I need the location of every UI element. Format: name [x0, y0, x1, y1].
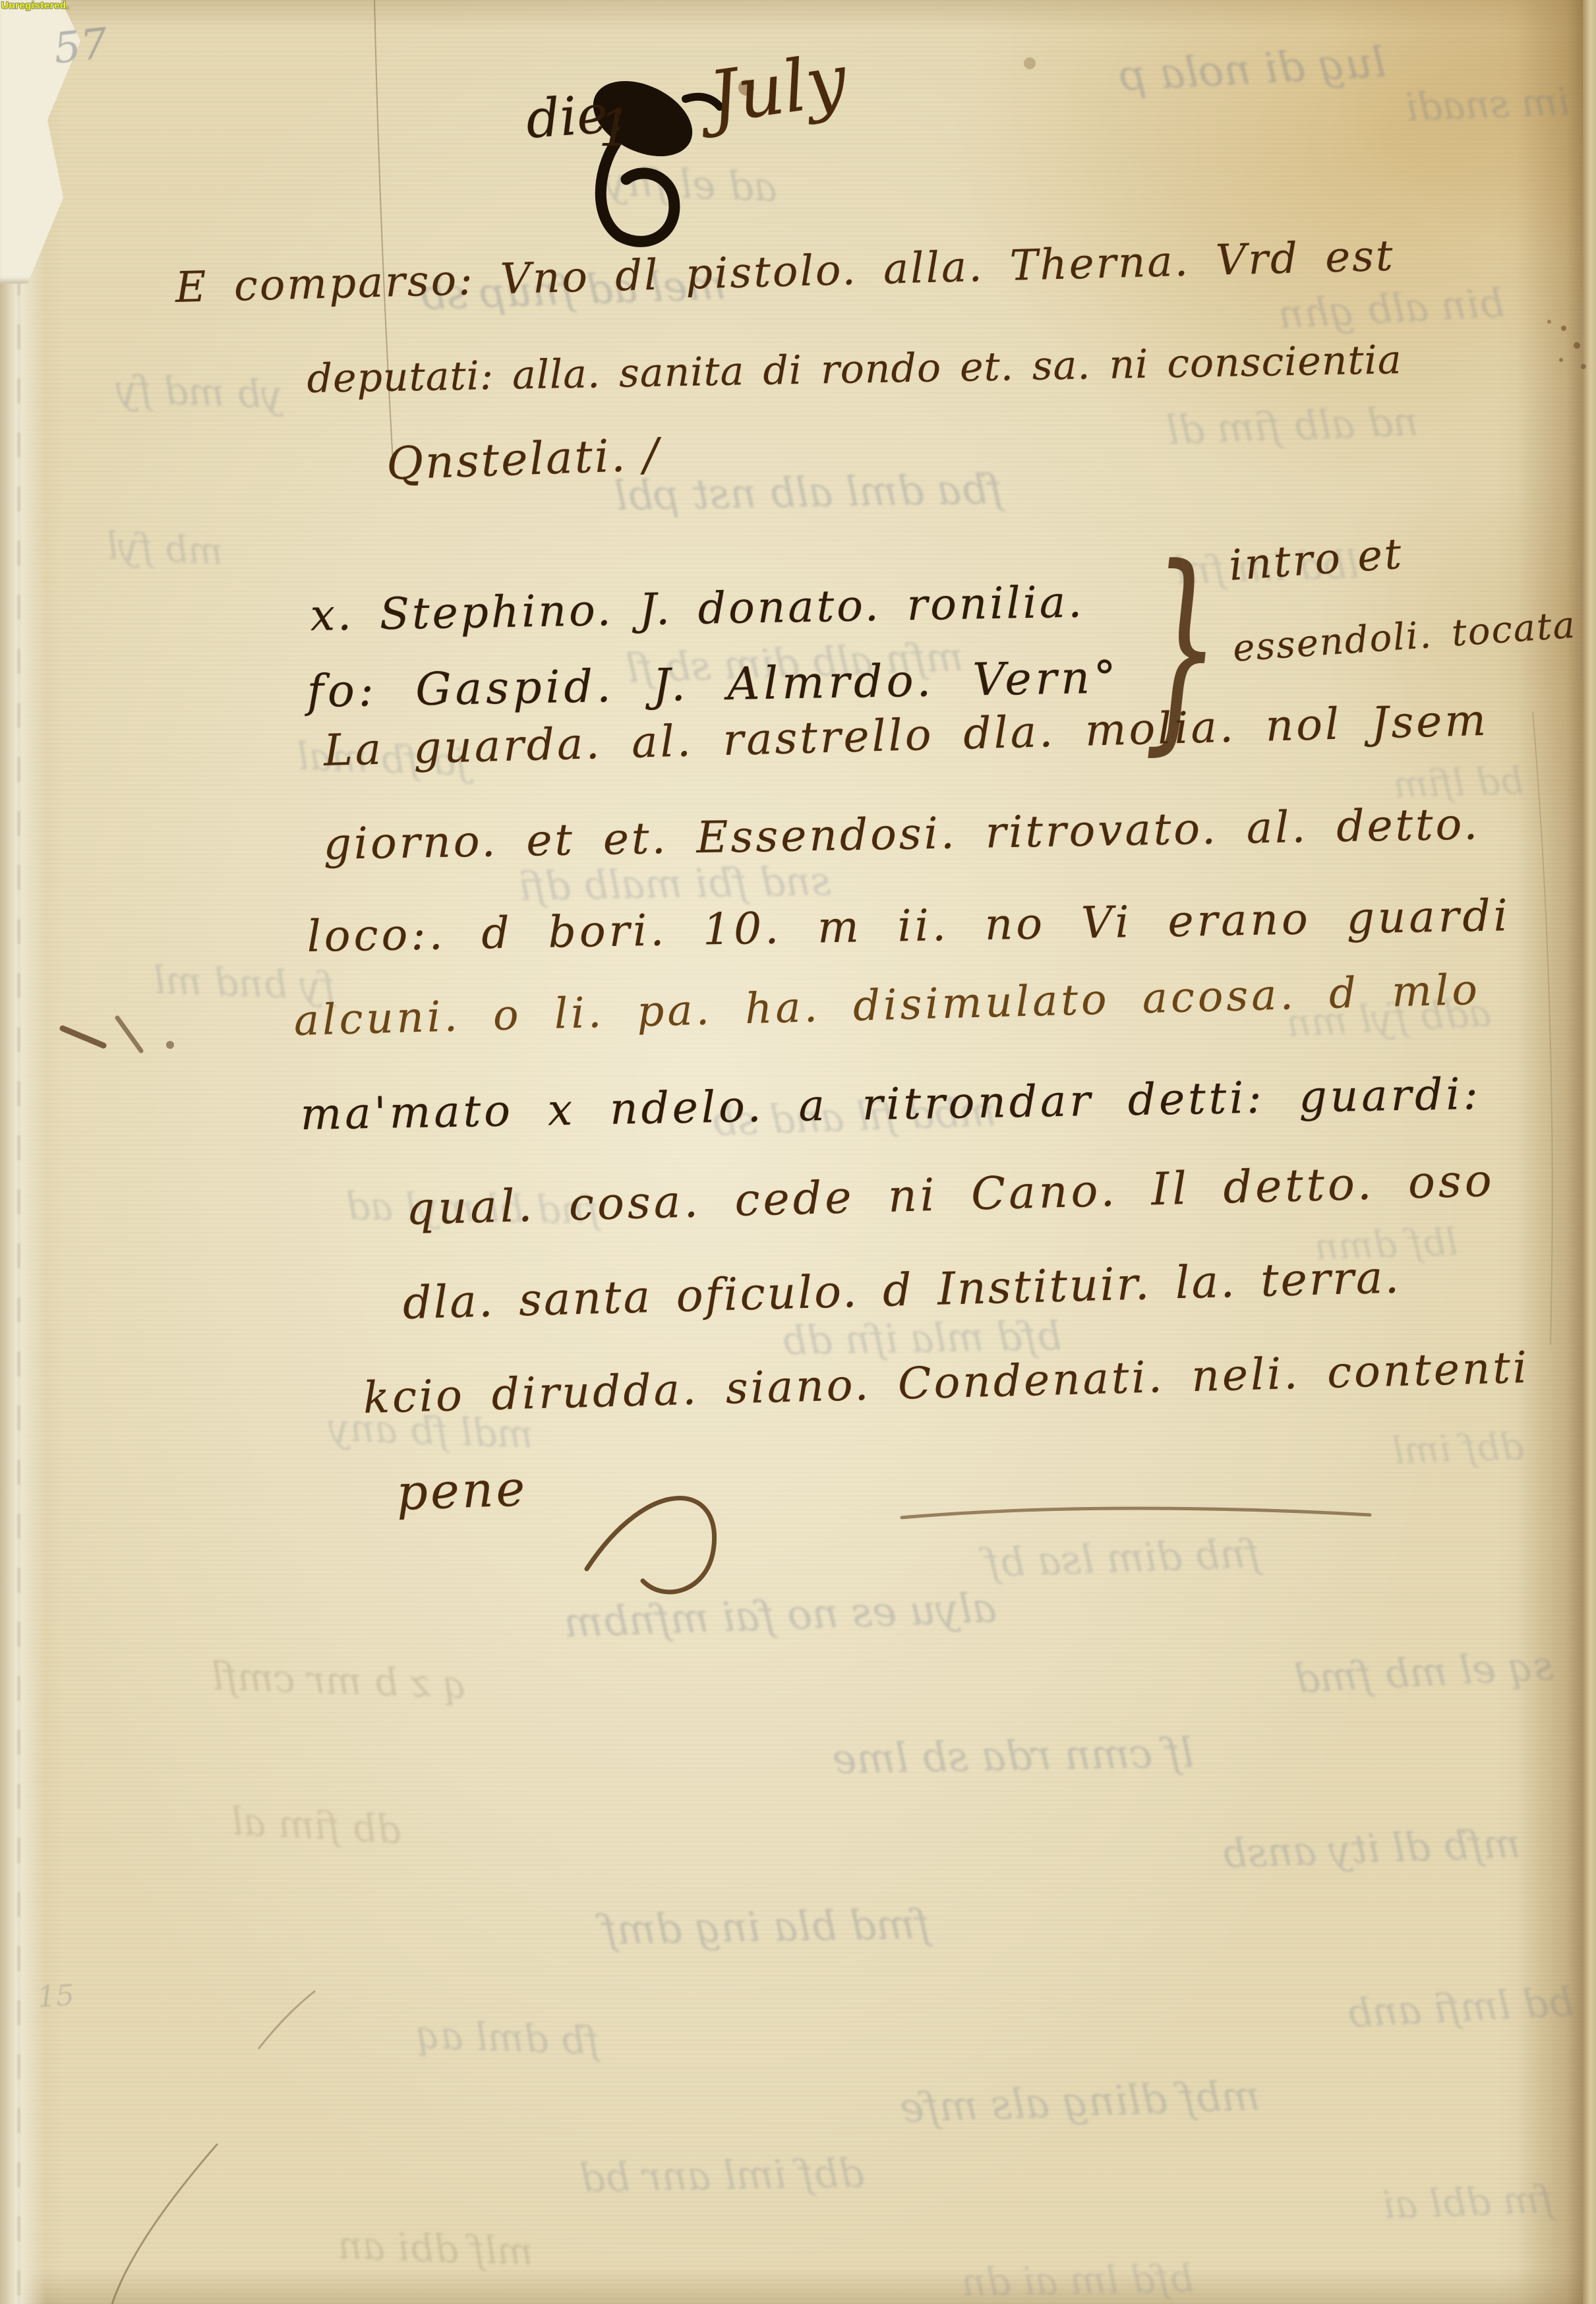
edge-speckles	[738, 57, 1586, 369]
manuscript-page: lug di nola pim snadiad el fhymel ad fnu…	[0, 0, 1596, 2304]
margin-number: 15	[36, 1978, 75, 2015]
folio-number: 57	[51, 19, 110, 73]
heading-day: 1	[599, 99, 632, 158]
scanner-watermark: Unregistered.	[1, 0, 69, 11]
intro-line: Qnstelati. /	[386, 428, 661, 490]
margin-ink-marks	[63, 1018, 174, 1051]
closing-rule	[902, 1508, 1370, 1518]
pene-flourish	[587, 1498, 715, 1592]
closing-line: pene	[396, 1460, 529, 1521]
